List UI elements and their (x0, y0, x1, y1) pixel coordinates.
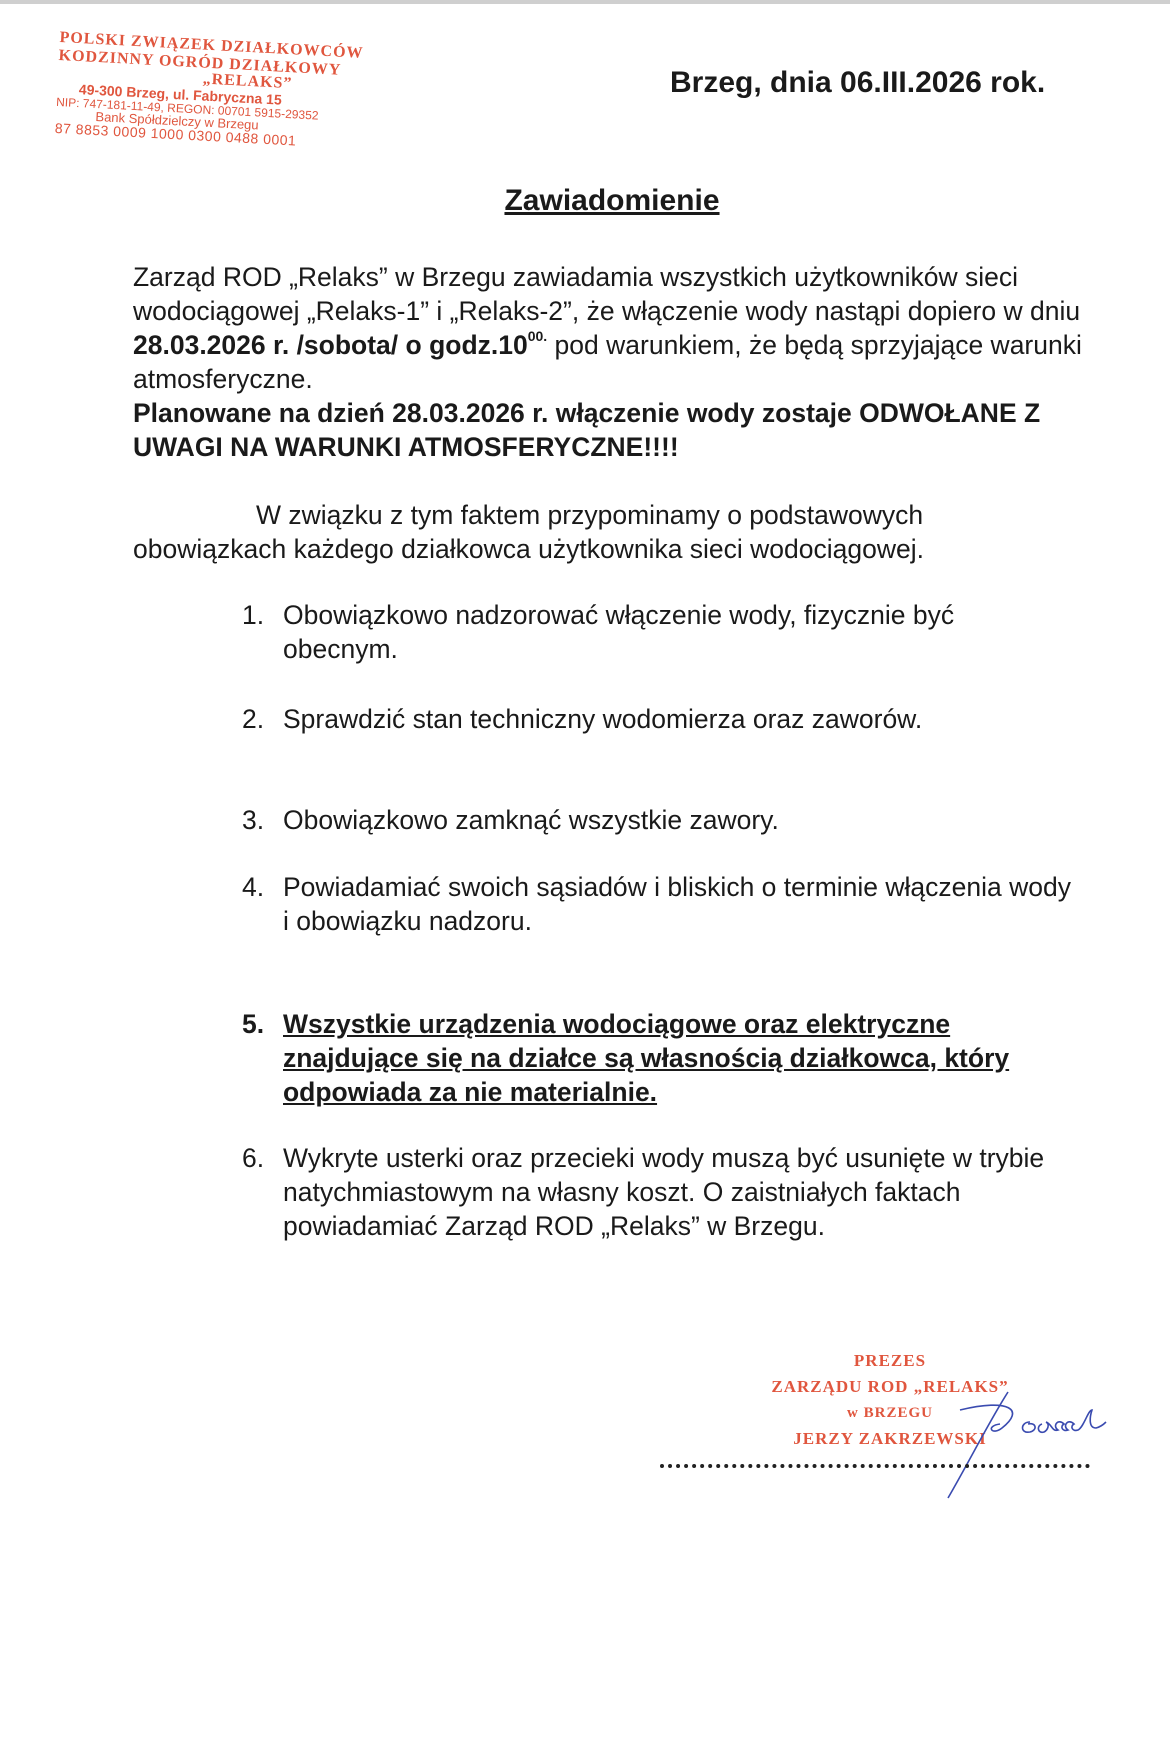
duty-item: 4. Powiadamiać swoich sąsiadów i bliskic… (242, 870, 1072, 938)
cancellation-notice: Planowane na dzień 28.03.2026 r. włączen… (133, 396, 1093, 464)
duty-item: 6. Wykryte usterki oraz przecieki wody m… (242, 1141, 1072, 1243)
duty-number: 5. (242, 1007, 264, 1041)
duty-number: 1. (242, 598, 264, 632)
duty-item: 2. Sprawdzić stan techniczny wodomierza … (242, 702, 1072, 736)
duty-text: Powiadamiać swoich sąsiadów i bliskich o… (283, 870, 1072, 938)
duty-number: 2. (242, 702, 264, 736)
signature-line (660, 1464, 1090, 1468)
duty-item: 1. Obowiązkowo nadzorować włączenie wody… (242, 598, 1072, 666)
duty-text: Sprawdzić stan techniczny wodomierza ora… (283, 702, 1072, 736)
duty-item: 3. Obowiązkowo zamknąć wszystkie zawory. (242, 803, 1072, 837)
duty-number: 4. (242, 870, 264, 904)
duty-text: Obowiązkowo nadzorować włączenie wody, f… (283, 598, 1072, 666)
duties-intro-line: W związku z tym faktem przypominamy o po… (133, 498, 1093, 532)
duty-text: Wykryte usterki oraz przecieki wody musz… (283, 1141, 1072, 1243)
organization-stamp: POLSKI ZWIĄZEK DZIAŁKOWCÓW KODZINNY OGRÓ… (55, 30, 400, 153)
duties-intro-line: obowiązkach każdego działkowca użytkowni… (133, 532, 1093, 566)
notice-paragraph: Zarząd ROD „Relaks” w Brzegu zawiadamia … (133, 260, 1093, 464)
handwritten-signature-icon (930, 1380, 1170, 1500)
duty-number: 3. (242, 803, 264, 837)
notice-date-time: 28.03.2026 r. /sobota/ o godz.10 (133, 330, 528, 360)
document-title: Zawiadomienie (0, 184, 1170, 218)
notice-p1: Zarząd ROD „Relaks” w Brzegu zawiadamia … (133, 260, 1093, 396)
top-edge-bar (0, 0, 1170, 4)
time-superscript: 00. (528, 328, 547, 344)
notice-text: Zarząd ROD „Relaks” w Brzegu zawiadamia … (133, 262, 1080, 326)
duty-text: Wszystkie urządzenia wodociągowe oraz el… (283, 1007, 1072, 1109)
document-date: Brzeg, dnia 06.III.2026 rok. (670, 66, 1045, 100)
stamp-line: PREZES (740, 1348, 1040, 1374)
duty-text: Obowiązkowo zamknąć wszystkie zawory. (283, 803, 1072, 837)
duty-number: 6. (242, 1141, 264, 1175)
duties-intro: W związku z tym faktem przypominamy o po… (133, 498, 1093, 566)
duty-item-emphasized: 5. Wszystkie urządzenia wodociągowe oraz… (242, 1007, 1072, 1109)
